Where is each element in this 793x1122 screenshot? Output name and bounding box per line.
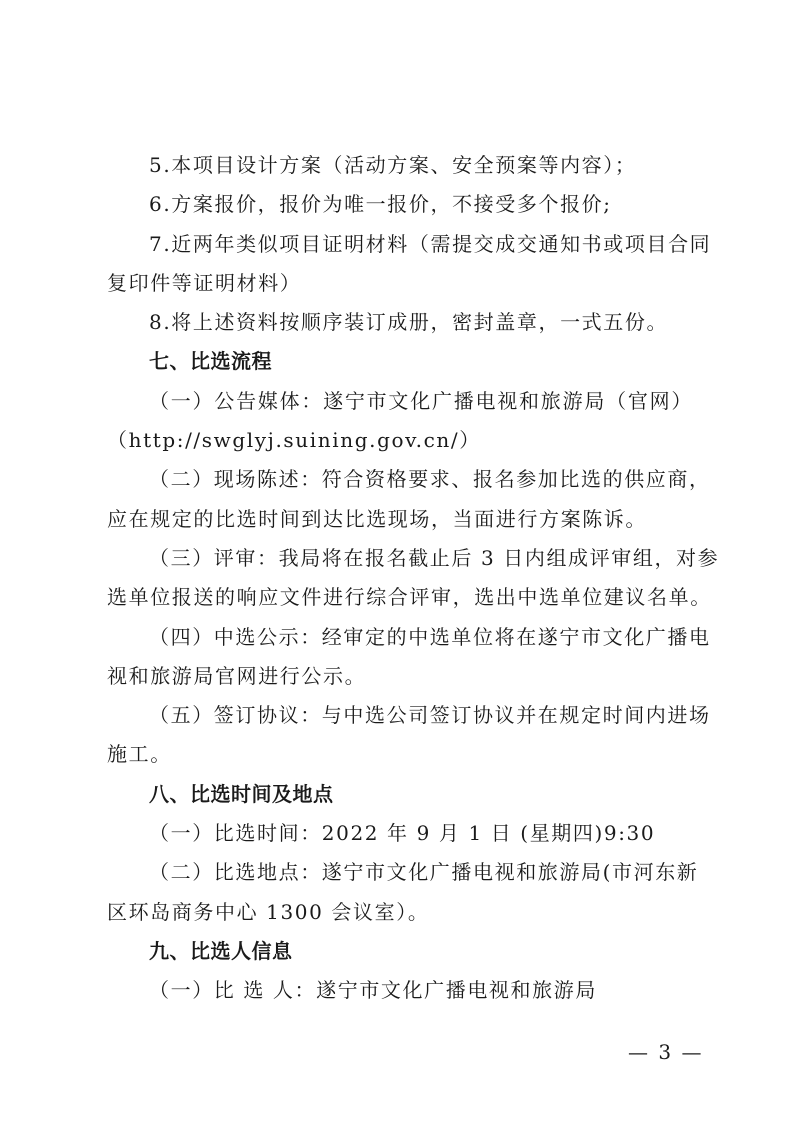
page-number: — 3 — bbox=[628, 1040, 703, 1064]
process-5-agreement-cont: 施工。 bbox=[107, 735, 693, 774]
process-3-review-cont: 选单位报送的响应文件进行综合评审，选出中选单位建议名单。 bbox=[107, 578, 693, 617]
section-heading-time-location: 八、比选时间及地点 bbox=[107, 775, 693, 814]
selector-name: （一）比 选 人：遂宁市文化广播电视和旅游局 bbox=[107, 971, 693, 1010]
item-7-proof-materials: 7.近两年类似项目证明材料（需提交成交通知书或项目合同 bbox=[107, 225, 693, 264]
document-page: 5.本项目设计方案（活动方案、安全预案等内容）； 6.方案报价，报价为唯一报价，… bbox=[107, 146, 693, 1011]
process-1-media: （一）公告媒体：遂宁市文化广播电视和旅游局（官网） bbox=[107, 382, 693, 421]
process-2-presentation: （二）现场陈述：符合资格要求、报名参加比选的供应商， bbox=[107, 460, 693, 499]
process-4-publicity: （四）中选公示：经审定的中选单位将在遂宁市文化广播电 bbox=[107, 618, 693, 657]
section-heading-selection-process: 七、比选流程 bbox=[107, 342, 693, 381]
process-5-agreement: （五）签订协议：与中选公司签订协议并在规定时间内进场 bbox=[107, 696, 693, 735]
section-heading-selector-info: 九、比选人信息 bbox=[107, 932, 693, 971]
process-4-publicity-cont: 视和旅游局官网进行公示。 bbox=[107, 657, 693, 696]
selection-location-cont: 区环岛商务中心 1300 会议室）。 bbox=[107, 893, 693, 932]
item-7-proof-materials-cont: 复印件等证明材料） bbox=[107, 264, 693, 303]
item-6-quotation: 6.方案报价，报价为唯一报价，不接受多个报价; bbox=[107, 185, 693, 224]
process-2-presentation-cont: 应在规定的比选时间到达比选现场，当面进行方案陈诉。 bbox=[107, 500, 693, 539]
selection-time: （一）比选时间：2022 年 9 月 1 日 (星期四)9:30 bbox=[107, 814, 693, 853]
process-1-media-url: （http://swglyj.suining.gov.cn/） bbox=[107, 421, 693, 460]
item-5-design-plan: 5.本项目设计方案（活动方案、安全预案等内容）； bbox=[107, 146, 693, 185]
process-3-review: （三）评审：我局将在报名截止后 3 日内组成评审组，对参 bbox=[107, 539, 693, 578]
item-8-binding: 8.将上述资料按顺序装订成册，密封盖章，一式五份。 bbox=[107, 303, 693, 342]
selection-location: （二）比选地点：遂宁市文化广播电视和旅游局(市河东新 bbox=[107, 853, 693, 892]
